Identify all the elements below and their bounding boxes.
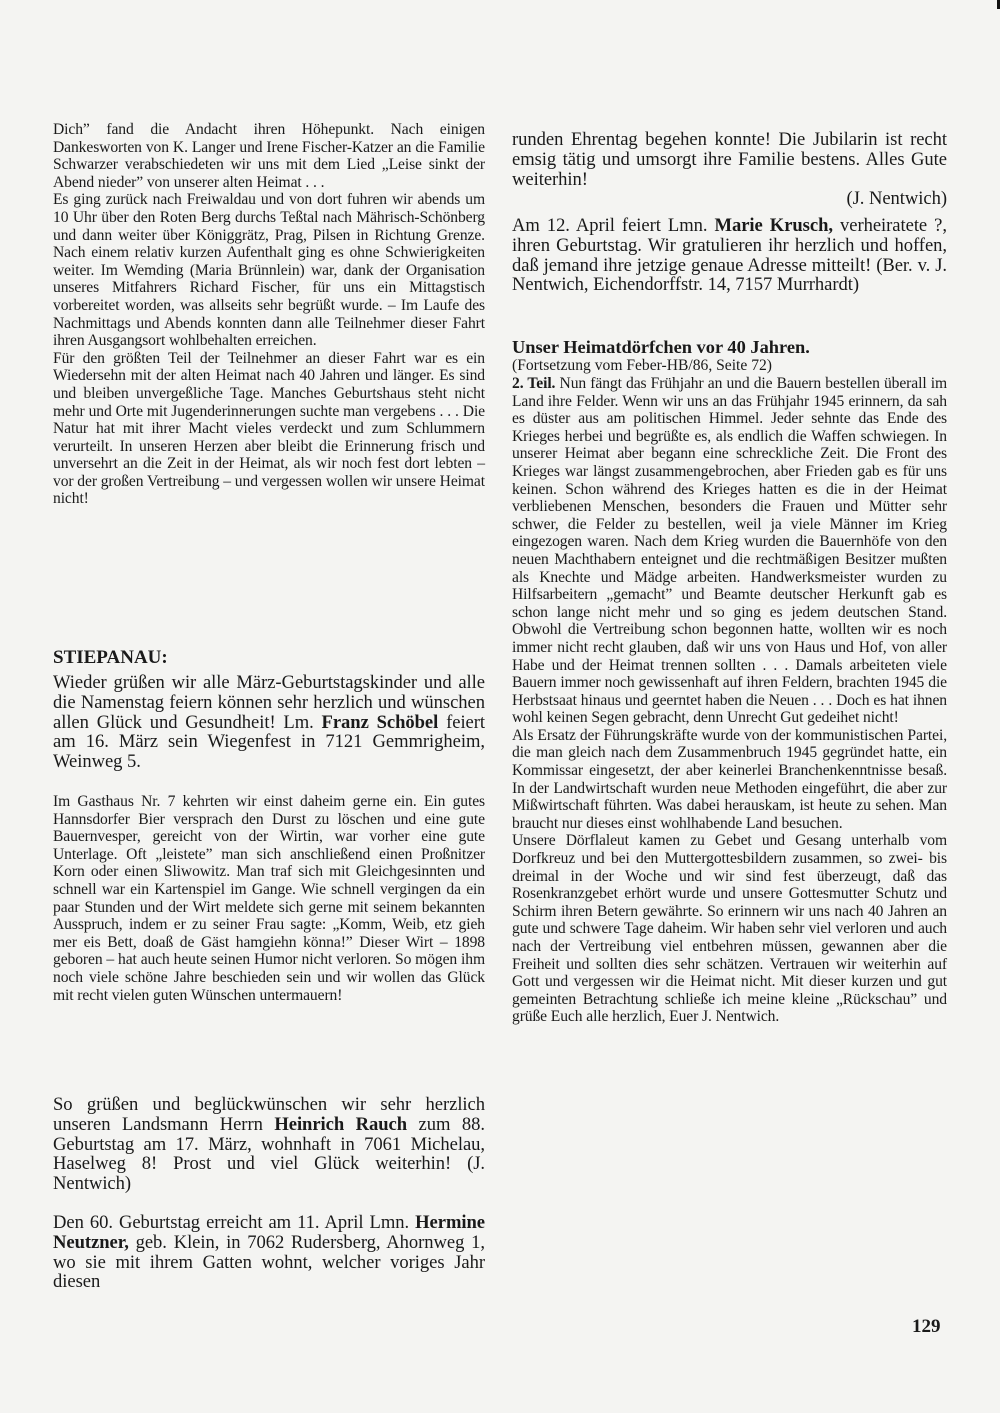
article-part-label: 2. Teil. xyxy=(512,375,555,392)
gasthaus-paragraph: Im Gasthaus Nr. 7 kehrten wir einst dahe… xyxy=(53,793,485,1004)
neutzner-continued-text: runden Ehrentag begehen konnte! Die Jubi… xyxy=(512,130,947,189)
krusch-text-pre: Am 12. April feiert Lmn. xyxy=(512,215,707,236)
neutzner-greeting: Den 60. Geburtstag erreicht am 11. April… xyxy=(53,1213,485,1292)
article-body: 2. Teil. Nun fängt das Frühjahr an und d… xyxy=(512,375,947,1026)
article-title: Unser Heimatdörfchen vor 40 Jahren. xyxy=(512,337,947,357)
article-paragraph-3: Unsere Dörflaleut kamen zu Gebet und Ges… xyxy=(512,832,947,1026)
person-name-schoebel: Franz Schöbel xyxy=(322,712,439,733)
krusch-greeting: Am 12. April feiert Lmn. Marie Krusch, v… xyxy=(512,216,947,295)
section-heading-stiepanau: STIEPANAU: xyxy=(53,647,485,669)
page-number: 129 xyxy=(912,1316,941,1338)
trip-paragraph-3: Für den größten Teil der Teilnehmer an d… xyxy=(53,350,485,508)
article-continuation-note: (Fortsetzung vom Feber-HB/86, Seite 72) xyxy=(512,357,947,375)
schoebel-greeting: Wieder grüßen wir alle März-Geburtstagsk… xyxy=(53,673,485,772)
neutzner-continued: runden Ehrentag begehen konnte! Die Jubi… xyxy=(512,130,947,209)
trip-paragraph-1: Dich” fand die Andacht ihren Höhepunkt. … xyxy=(53,121,485,191)
neutzner-signature: (J. Nentwich) xyxy=(512,189,947,209)
trip-paragraph-2: Es ging zurück nach Freiwaldau und von d… xyxy=(53,191,485,349)
gasthaus-story: Im Gasthaus Nr. 7 kehrten wir einst dahe… xyxy=(53,793,485,1004)
rauch-greeting: So grüßen und beglückwünschen wir sehr h… xyxy=(53,1095,485,1194)
article-paragraph-2: Als Ersatz der Führungskräfte wurde von … xyxy=(512,727,947,833)
trip-report: Dich” fand die Andacht ihren Höhepunkt. … xyxy=(53,121,485,508)
person-name-rauch: Heinrich Rauch xyxy=(274,1114,407,1135)
article-paragraph-1: Nun fängt das Frühjahr an und die Bauern… xyxy=(512,375,947,726)
person-name-krusch: Marie Krusch, xyxy=(714,215,832,236)
neutzner-text-pre: Den 60. Geburtstag erreicht am 11. April… xyxy=(53,1212,409,1233)
